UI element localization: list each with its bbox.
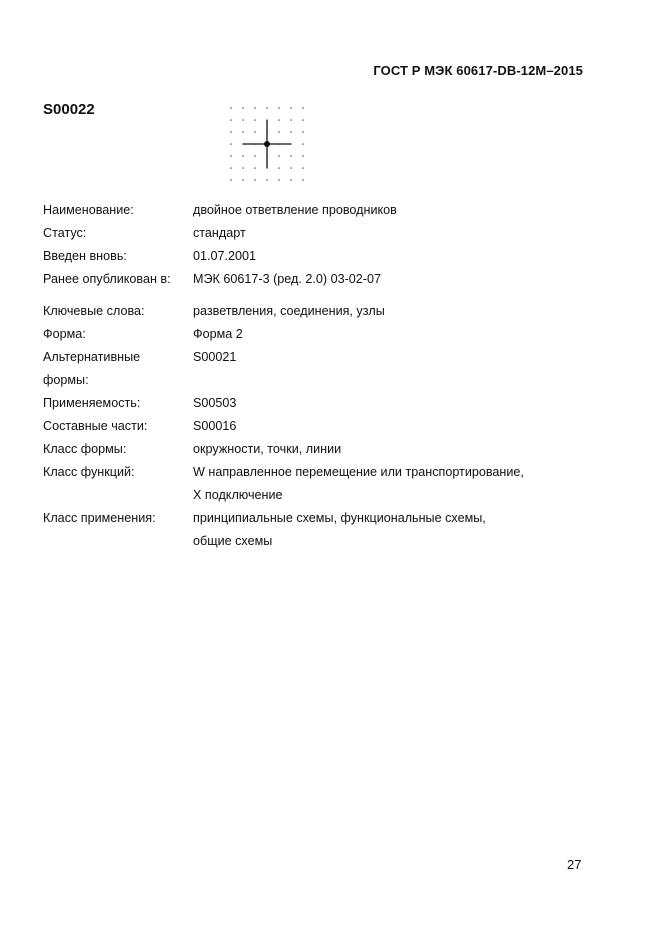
field-label: Класс применения: bbox=[43, 507, 191, 530]
field-value: принципиальные схемы, функциональные схе… bbox=[193, 507, 486, 530]
field-label: Класс функций: bbox=[43, 461, 191, 484]
field-label: Ключевые слова: bbox=[43, 300, 191, 323]
field-value-continuation: X подключение bbox=[193, 484, 283, 507]
field-value: разветвления, соединения, узлы bbox=[193, 300, 385, 323]
field-label: Составные части: bbox=[43, 415, 191, 438]
field-value: Форма 2 bbox=[193, 323, 243, 346]
junction-cross-dot-icon bbox=[225, 102, 309, 186]
field-value: двойное ответвление проводников bbox=[193, 199, 397, 222]
field-label: Альтернативные bbox=[43, 346, 191, 369]
field-label: Класс формы: bbox=[43, 438, 191, 461]
field-label: Применяемость: bbox=[43, 392, 191, 415]
standard-header: ГОСТ Р МЭК 60617-DB-12M–2015 bbox=[373, 63, 583, 78]
field-label: Форма: bbox=[43, 323, 191, 346]
field-value-continuation: общие схемы bbox=[193, 530, 272, 553]
field-label: Ранее опубликован в: bbox=[43, 268, 191, 291]
page-number: 27 bbox=[567, 857, 581, 872]
field-value: W направленное перемещение или транспорт… bbox=[193, 461, 524, 484]
field-value: S00503 bbox=[193, 392, 236, 415]
field-value: S00021 bbox=[193, 346, 236, 369]
field-label: Наименование: bbox=[43, 199, 191, 222]
field-value: S00016 bbox=[193, 415, 236, 438]
field-value: окружности, точки, линии bbox=[193, 438, 341, 461]
field-label: Статус: bbox=[43, 222, 191, 245]
field-value: МЭК 60617-3 (ред. 2.0) 03-02-07 bbox=[193, 268, 381, 291]
field-label: Введен вновь: bbox=[43, 245, 191, 268]
field-label-continuation: формы: bbox=[43, 369, 191, 392]
symbol-figure bbox=[225, 102, 309, 186]
field-value: стандарт bbox=[193, 222, 246, 245]
field-value: 01.07.2001 bbox=[193, 245, 256, 268]
symbol-id: S00022 bbox=[43, 101, 95, 118]
